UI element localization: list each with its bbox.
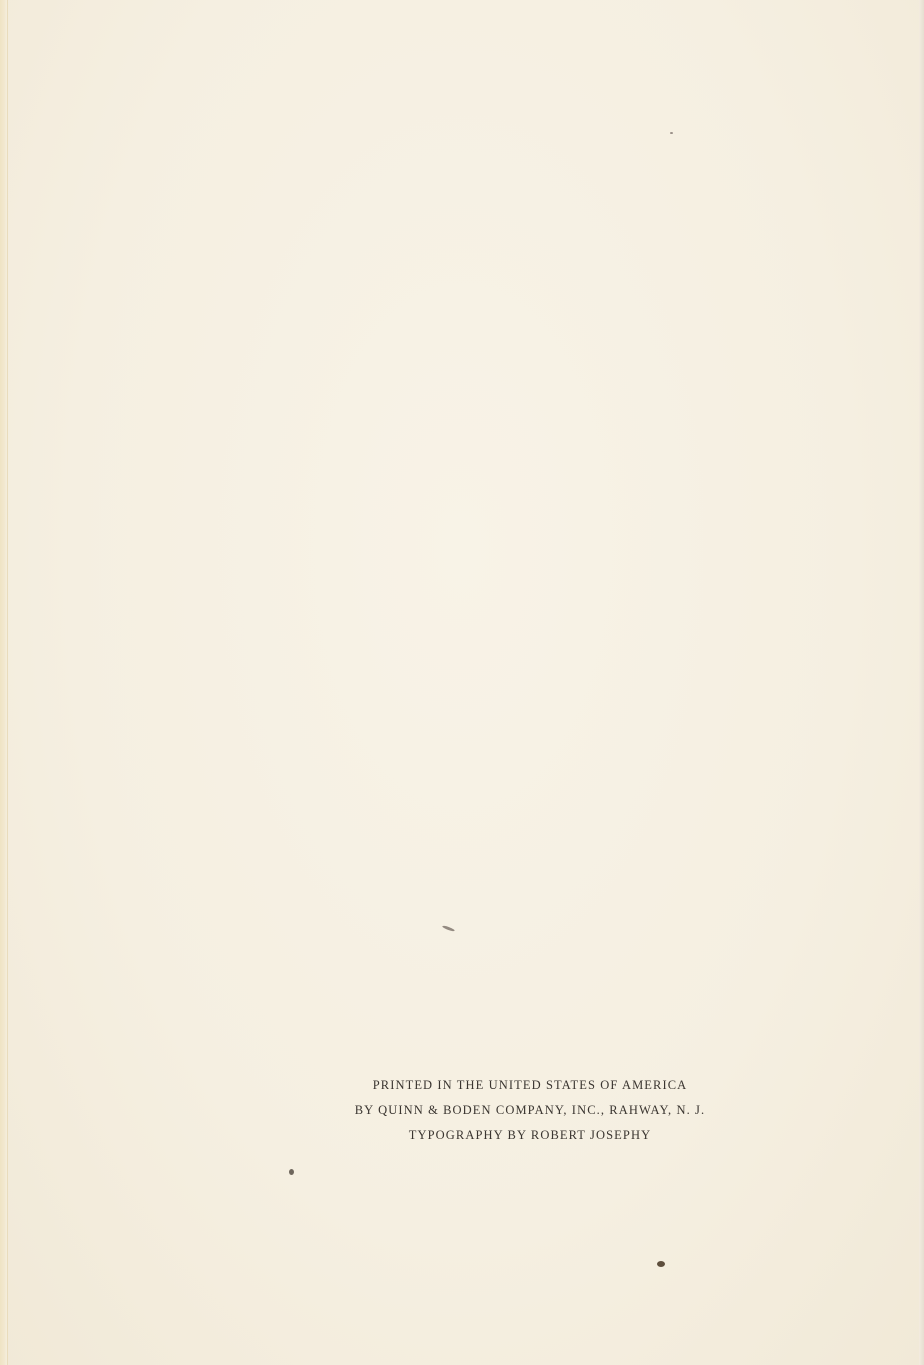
paper-blemish <box>289 1169 294 1175</box>
paper-blemish <box>657 1261 665 1267</box>
page-gutter-edge <box>0 0 8 1365</box>
colophon-printed-line: PRINTED IN THE UNITED STATES OF AMERICA <box>300 1073 760 1098</box>
paper-blemish <box>442 925 455 932</box>
colophon: PRINTED IN THE UNITED STATES OF AMERICA … <box>300 1073 760 1148</box>
page-outer-edge <box>919 0 924 1365</box>
book-page: PRINTED IN THE UNITED STATES OF AMERICA … <box>0 0 924 1365</box>
colophon-typography-line: TYPOGRAPHY BY ROBERT JOSEPHY <box>300 1123 760 1148</box>
colophon-printer-line: BY QUINN & BODEN COMPANY, INC., RAHWAY, … <box>300 1098 760 1123</box>
paper-blemish <box>670 132 673 134</box>
